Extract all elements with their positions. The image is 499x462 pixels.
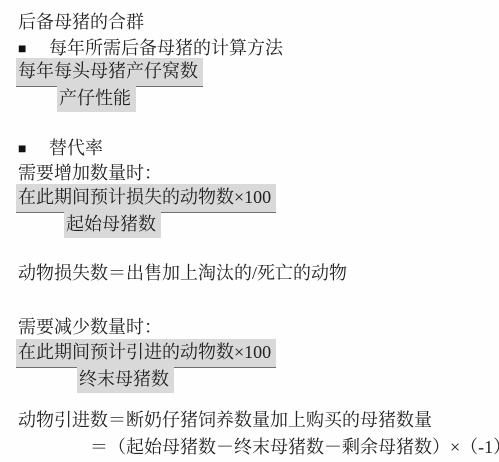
bullet-item-replacement-rate: ■ 替代率 xyxy=(18,136,103,162)
fraction-litters-numerator: 每年每头母猪产仔窝数 xyxy=(16,58,203,87)
label-decrease-case: 需要减少数量时： xyxy=(18,315,162,339)
equation-animal-losses: 动物损失数＝出售加上淘汰的/死亡的动物 xyxy=(18,261,347,285)
fraction-numerator-text: 在此期间预计引进的动物数×100 xyxy=(16,339,276,368)
fraction-numerator-text: 在此期间预计损失的动物数×100 xyxy=(16,184,276,213)
fraction-increase-numerator: 在此期间预计损失的动物数×100 xyxy=(16,184,276,213)
bullet-square-icon: ■ xyxy=(18,138,26,162)
fraction-numerator-text: 每年每头母猪产仔窝数 xyxy=(16,58,203,87)
heading-replacement-rate: 替代率 xyxy=(49,138,103,158)
label-increase-case: 需要增加数量时： xyxy=(18,161,162,185)
heading-calculation-method: 每年所需后备母猪的计算方法 xyxy=(49,38,283,58)
fraction-denominator-text: 产仔性能 xyxy=(57,85,136,112)
fraction-denominator-text: 终末母猪数 xyxy=(77,366,174,393)
fraction-litters-denominator: 产仔性能 xyxy=(57,85,136,112)
fraction-decrease-numerator: 在此期间预计引进的动物数×100 xyxy=(16,339,276,368)
page-title: 后备母猪的合群 xyxy=(18,10,144,34)
equation-animal-introductions-line1: 动物引进数＝断奶仔猪饲养数量加上购买的母猪数量 xyxy=(18,408,432,432)
fraction-denominator-text: 起始母猪数 xyxy=(64,211,161,238)
equation-animal-introductions-line2: ＝（起始母猪数－终末母猪数－剩余母猪数）×（-1） xyxy=(90,435,499,459)
fraction-increase-denominator: 起始母猪数 xyxy=(64,211,161,238)
fraction-decrease-denominator: 终末母猪数 xyxy=(77,366,174,393)
document-page: 后备母猪的合群 ■ 每年所需后备母猪的计算方法 每年每头母猪产仔窝数 产仔性能 … xyxy=(0,0,499,462)
